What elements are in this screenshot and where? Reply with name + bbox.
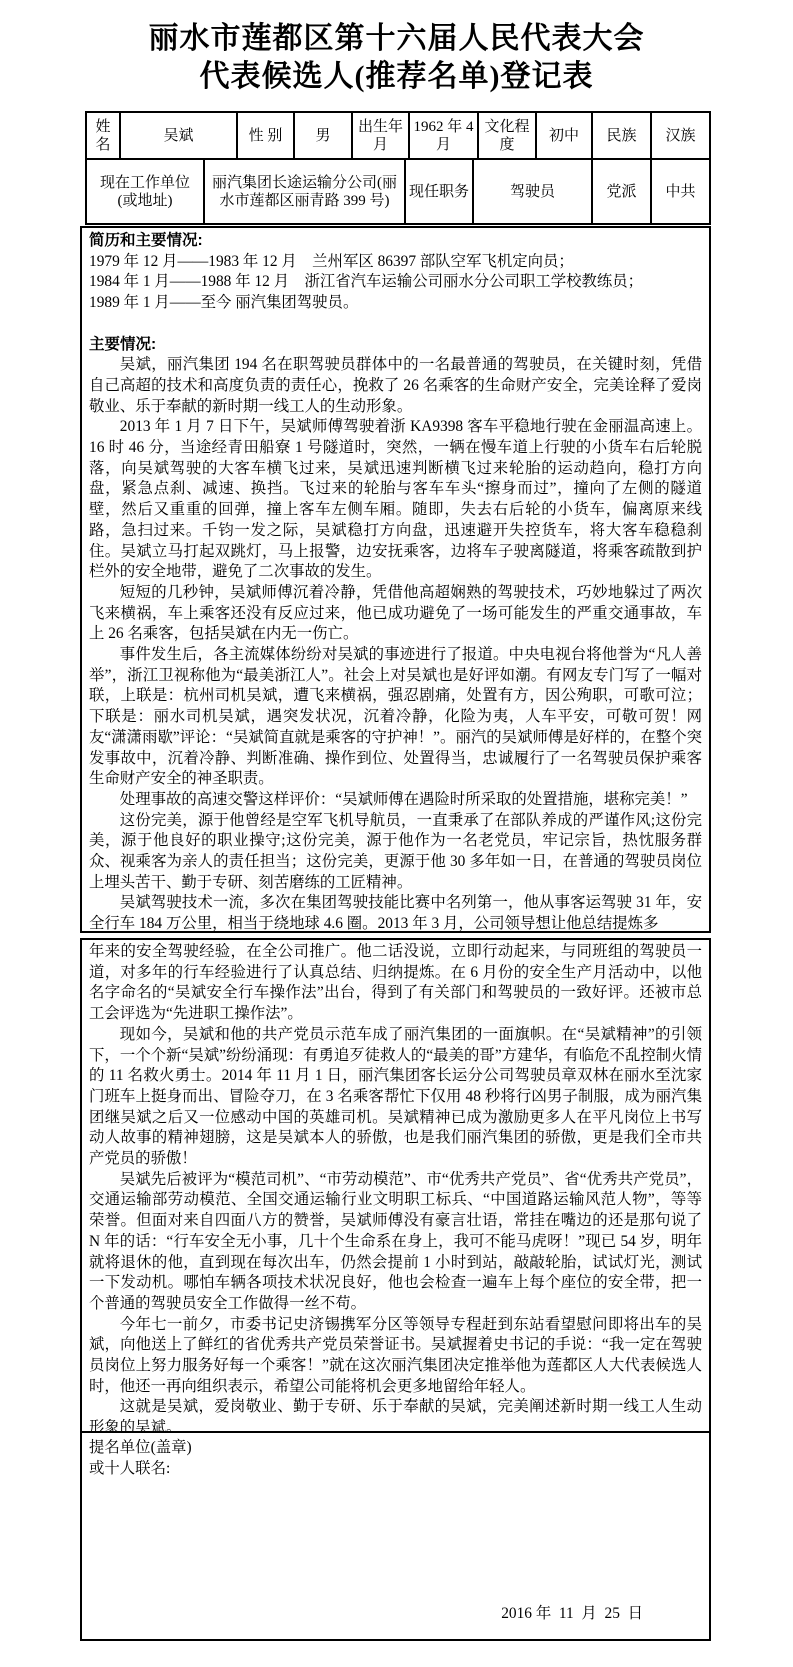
body-paragraph: 今年七一前夕，市委书记史济锡携军分区等领导专程赶到东站看望慰问即将出车的吴斌，向… bbox=[89, 1315, 702, 1398]
position-value: 驾驶员 bbox=[474, 160, 593, 223]
date-field: 2016 年 11 月 25 日 bbox=[501, 1601, 643, 1623]
continuation-table: 年来的安全驾驶经验，在全公司推广。他二话没说，立即行动起来，与同班组的驾驶员一道… bbox=[80, 938, 711, 1641]
education-value: 初中 bbox=[537, 113, 593, 158]
party-label: 党派 bbox=[593, 160, 652, 223]
body-paragraph: 现如今，吴斌和他的共产党员示范车成了丽汽集团的一面旗帜。在“吴斌精神”的引领下，… bbox=[89, 1025, 702, 1170]
birth-label: 出生年月 bbox=[353, 113, 410, 158]
resume-line: 1984 年 1 月——1988 年 12 月 浙江省汽车运输公司丽水分公司职工… bbox=[89, 272, 702, 293]
joint-signature-label: 或十人联名: bbox=[89, 1458, 702, 1479]
body-paragraph: 处理事故的高速交警这样评价：“吴斌师傅在遇险时所采取的处置措施，堪称完美！” bbox=[89, 790, 702, 811]
title-line-1: 丽水市莲都区第十六届人民代表大会 bbox=[0, 20, 793, 58]
workunit-label: 现在工作单位 (或地址) bbox=[87, 160, 205, 223]
education-label: 文化程度 bbox=[479, 113, 537, 158]
resume-line: 1989 年 1 月——至今 丽汽集团驾驶员。 bbox=[89, 293, 702, 314]
ethnic-value: 汉族 bbox=[652, 113, 709, 158]
main-situation-heading: 主要情况: bbox=[89, 335, 702, 356]
gender-label: 性 别 bbox=[238, 113, 295, 158]
resume-and-main-section: 简历和主要情况: 1979 年 12 月——1983 年 12 月 兰州军区 8… bbox=[80, 226, 711, 933]
body-paragraph: 吴斌驾驶技术一流，多次在集团驾驶技能比赛中名列第一，他从事客运驾驶 31 年，安… bbox=[89, 893, 702, 933]
body-paragraph: 事件发生后，各主流媒体纷纷对吴斌的事迹进行了报道。中央电视台将他誉为“凡人善举”… bbox=[89, 645, 702, 790]
nomination-unit-label: 提名单位(盖章) bbox=[89, 1437, 702, 1458]
body-paragraph: 短短的几秒钟，吴斌师傅沉着冷静，凭借他高超娴熟的驾驶技术，巧妙地躲过了两次飞来横… bbox=[89, 583, 702, 645]
workunit-value: 丽汽集团长途运输分公司(丽水市莲都区丽青路 399 号) bbox=[205, 160, 406, 223]
continuation-section: 年来的安全驾驶经验，在全公司推广。他二话没说，立即行动起来，与同班组的驾驶员一道… bbox=[82, 940, 709, 1433]
info-table-row-2: 现在工作单位 (或地址) 丽汽集团长途运输分公司(丽水市莲都区丽青路 399 号… bbox=[87, 160, 709, 223]
ethnic-label: 民族 bbox=[593, 113, 652, 158]
info-table-row-1: 姓名 吴斌 性 别 男 出生年月 1962 年 4 月 文化程度 初中 民族 汉… bbox=[87, 113, 709, 160]
body-paragraph: 吴斌先后被评为“模范司机”、“市劳动模范”、市“优秀共产党员”、省“优秀共产党员… bbox=[89, 1170, 702, 1315]
info-table: 姓名 吴斌 性 别 男 出生年月 1962 年 4 月 文化程度 初中 民族 汉… bbox=[85, 111, 711, 225]
page1-paragraphs: 吴斌，丽汽集团 194 名在职驾驶员群体中的一名最普通的驾驶员，在关键时刻，凭借… bbox=[89, 355, 702, 933]
body-paragraph: 吴斌，丽汽集团 194 名在职驾驶员群体中的一名最普通的驾驶员，在关键时刻，凭借… bbox=[89, 355, 702, 417]
resume-lines: 1979 年 12 月——1983 年 12 月 兰州军区 86397 部队空军… bbox=[89, 252, 702, 314]
gender-value: 男 bbox=[295, 113, 353, 158]
birth-value: 1962 年 4 月 bbox=[410, 113, 479, 158]
body-paragraph: 2013 年 1 月 7 日下午，吴斌师傅驾驶着浙 KA9398 客车平稳地行驶… bbox=[89, 417, 702, 583]
page-title: 丽水市莲都区第十六届人民代表大会 代表候选人(推荐名单)登记表 bbox=[0, 20, 793, 96]
workunit-label-line2: (或地址) bbox=[118, 192, 173, 210]
nomination-section: 提名单位(盖章) 或十人联名: 2016 年 11 月 25 日 bbox=[82, 1433, 709, 1639]
body-paragraph: 年来的安全驾驶经验，在全公司推广。他二话没说，立即行动起来，与同班组的驾驶员一道… bbox=[89, 942, 702, 1025]
name-value: 吴斌 bbox=[121, 113, 238, 158]
workunit-label-line1: 现在工作单位 bbox=[100, 174, 190, 192]
party-value: 中共 bbox=[652, 160, 709, 223]
resume-heading: 简历和主要情况: bbox=[89, 231, 702, 252]
page2-paragraphs: 年来的安全驾驶经验，在全公司推广。他二话没说，立即行动起来，与同班组的驾驶员一道… bbox=[89, 942, 702, 1433]
title-line-2: 代表候选人(推荐名单)登记表 bbox=[0, 58, 793, 96]
body-paragraph: 这份完美，源于他曾经是空军飞机导航员，一直秉承了在部队养成的严谨作风;这份完美，… bbox=[89, 811, 702, 894]
resume-line: 1979 年 12 月——1983 年 12 月 兰州军区 86397 部队空军… bbox=[89, 252, 702, 273]
registration-form-page: 丽水市莲都区第十六届人民代表大会 代表候选人(推荐名单)登记表 姓名 吴斌 性 … bbox=[0, 0, 793, 1667]
body-paragraph: 这就是吴斌，爱岗敬业、勤于专研、乐于奉献的吴斌，完美阐述新时期一线工人生动形象的… bbox=[89, 1397, 702, 1433]
name-label: 姓名 bbox=[87, 113, 121, 158]
position-label: 现任职务 bbox=[406, 160, 474, 223]
